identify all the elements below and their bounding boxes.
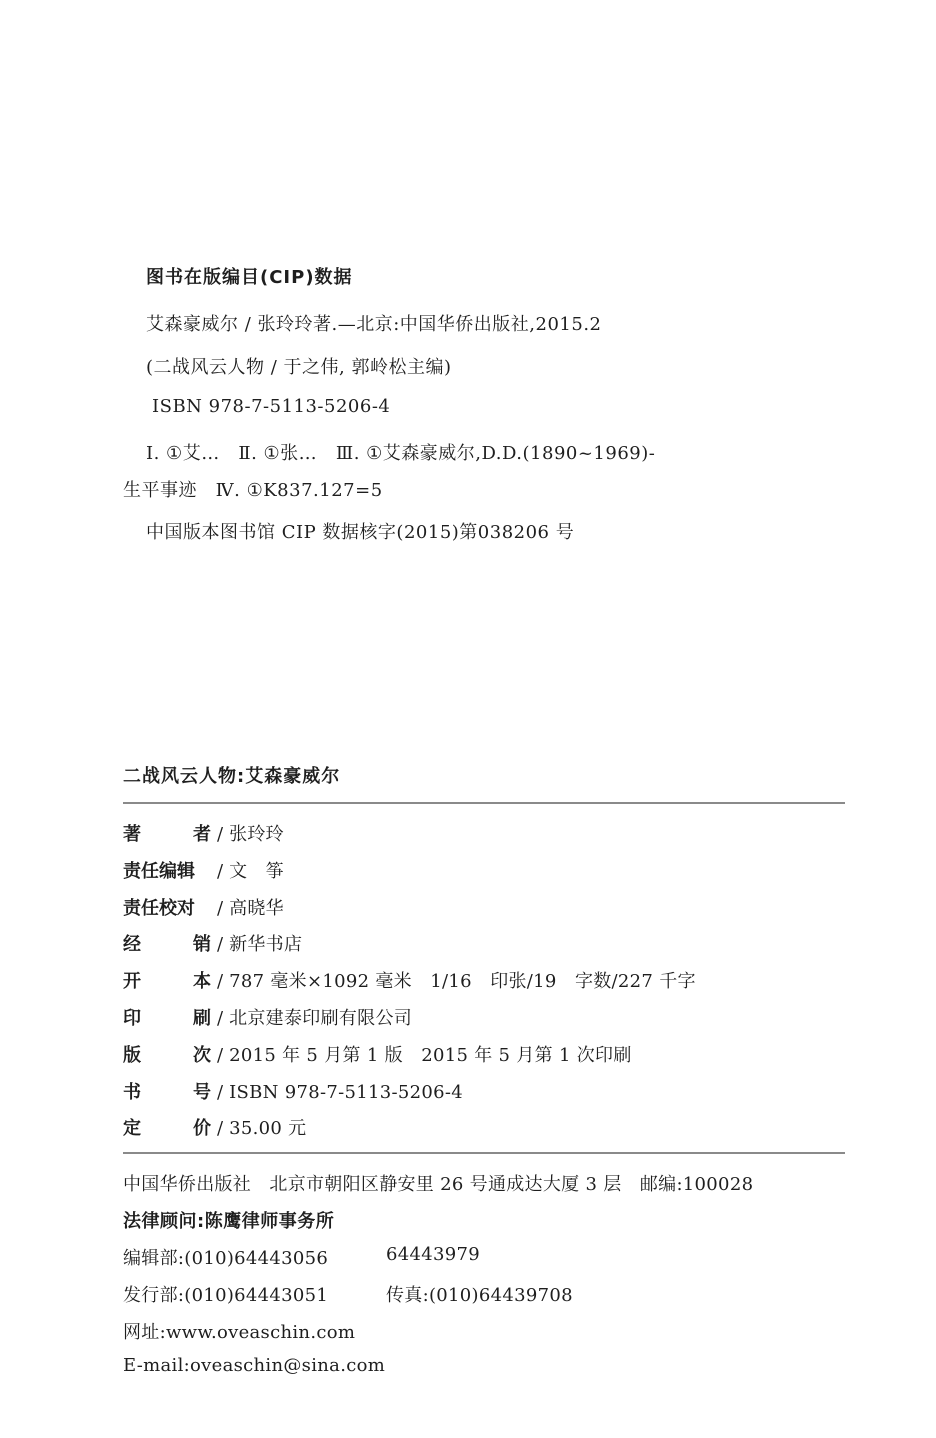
top-divider (123, 802, 845, 804)
detail-value: 张玲玲 (229, 820, 284, 846)
detail-value: 787 毫米×1092 毫米 1/16 印张/19 字数/227 千字 (229, 967, 696, 993)
detail-label: 书号 (123, 1078, 211, 1104)
detail-row-price: 定价 / 35.00 元 (123, 1114, 306, 1140)
bottom-divider (123, 1152, 845, 1154)
detail-value: 2015 年 5 月第 1 版 2015 年 5 月第 1 次印刷 (229, 1041, 632, 1067)
detail-row-proofreader: 责任校对 / 高晓华 (123, 894, 284, 920)
separator: / (217, 1118, 223, 1139)
separator: / (217, 861, 223, 882)
detail-row-format: 开本 / 787 毫米×1092 毫米 1/16 印张/19 字数/227 千字 (123, 967, 696, 993)
detail-value: 北京建泰印刷有限公司 (229, 1004, 412, 1030)
editorial-dept-phone: 编辑部:(010)64443056 (123, 1244, 328, 1270)
detail-label: 印刷 (123, 1004, 211, 1030)
detail-value: 35.00 元 (229, 1114, 306, 1140)
detail-label: 责任校对 (123, 894, 211, 920)
detail-row-distributor: 经销 / 新华书店 (123, 930, 302, 956)
detail-label: 定价 (123, 1114, 211, 1140)
detail-label: 版次 (123, 1041, 211, 1067)
cip-record-number: 中国版本图书馆 CIP 数据核字(2015)第038206 号 (146, 518, 574, 544)
fax-number: 传真:(010)64439708 (386, 1281, 573, 1307)
legal-counsel: 法律顾问:陈鹰律师事务所 (123, 1207, 334, 1233)
separator: / (217, 934, 223, 955)
book-title: 二战风云人物:艾森豪威尔 (123, 762, 340, 788)
editorial-dept-phone-2: 64443979 (386, 1244, 480, 1265)
detail-row-edition: 版次 / 2015 年 5 月第 1 版 2015 年 5 月第 1 次印刷 (123, 1041, 632, 1067)
detail-value: 新华书店 (229, 930, 302, 956)
separator: / (217, 1008, 223, 1029)
separator: / (217, 898, 223, 919)
cip-main-entry: 艾森豪威尔 / 张玲玲著.—北京:中国华侨出版社,2015.2 (146, 310, 602, 336)
detail-row-isbn: 书号 / ISBN 978-7-5113-5206-4 (123, 1078, 463, 1104)
separator: / (217, 1045, 223, 1066)
cip-isbn: ISBN 978-7-5113-5206-4 (152, 396, 390, 417)
detail-label: 责任编辑 (123, 857, 211, 883)
email: E-mail:oveaschin@sina.com (123, 1355, 385, 1376)
separator: / (217, 824, 223, 845)
separator: / (217, 1082, 223, 1103)
detail-value: 高晓华 (229, 894, 284, 920)
detail-value: ISBN 978-7-5113-5206-4 (229, 1082, 463, 1103)
detail-row-author: 著者 / 张玲玲 (123, 820, 284, 846)
publisher-address: 中国华侨出版社 北京市朝阳区静安里 26 号通成达大厦 3 层 邮编:10002… (123, 1170, 753, 1196)
detail-value: 文 筝 (229, 857, 284, 883)
cip-classification-line-2: 生平事迹 Ⅳ. ①K837.127=5 (123, 476, 383, 502)
website: 网址:www.oveaschin.com (123, 1318, 355, 1344)
separator: / (217, 971, 223, 992)
detail-row-printer: 印刷 / 北京建泰印刷有限公司 (123, 1004, 412, 1030)
cip-heading: 图书在版编目(CIP)数据 (146, 263, 353, 289)
detail-label: 著者 (123, 820, 211, 846)
detail-row-editor: 责任编辑 / 文 筝 (123, 857, 284, 883)
detail-label: 开本 (123, 967, 211, 993)
cip-series: (二战风云人物 / 于之伟, 郭岭松主编) (146, 353, 452, 379)
distribution-dept-phone: 发行部:(010)64443051 (123, 1281, 328, 1307)
cip-classification-line-1: Ⅰ. ①艾… Ⅱ. ①张… Ⅲ. ①艾森豪威尔,D.D.(1890~1969)- (146, 439, 655, 465)
detail-label: 经销 (123, 930, 211, 956)
